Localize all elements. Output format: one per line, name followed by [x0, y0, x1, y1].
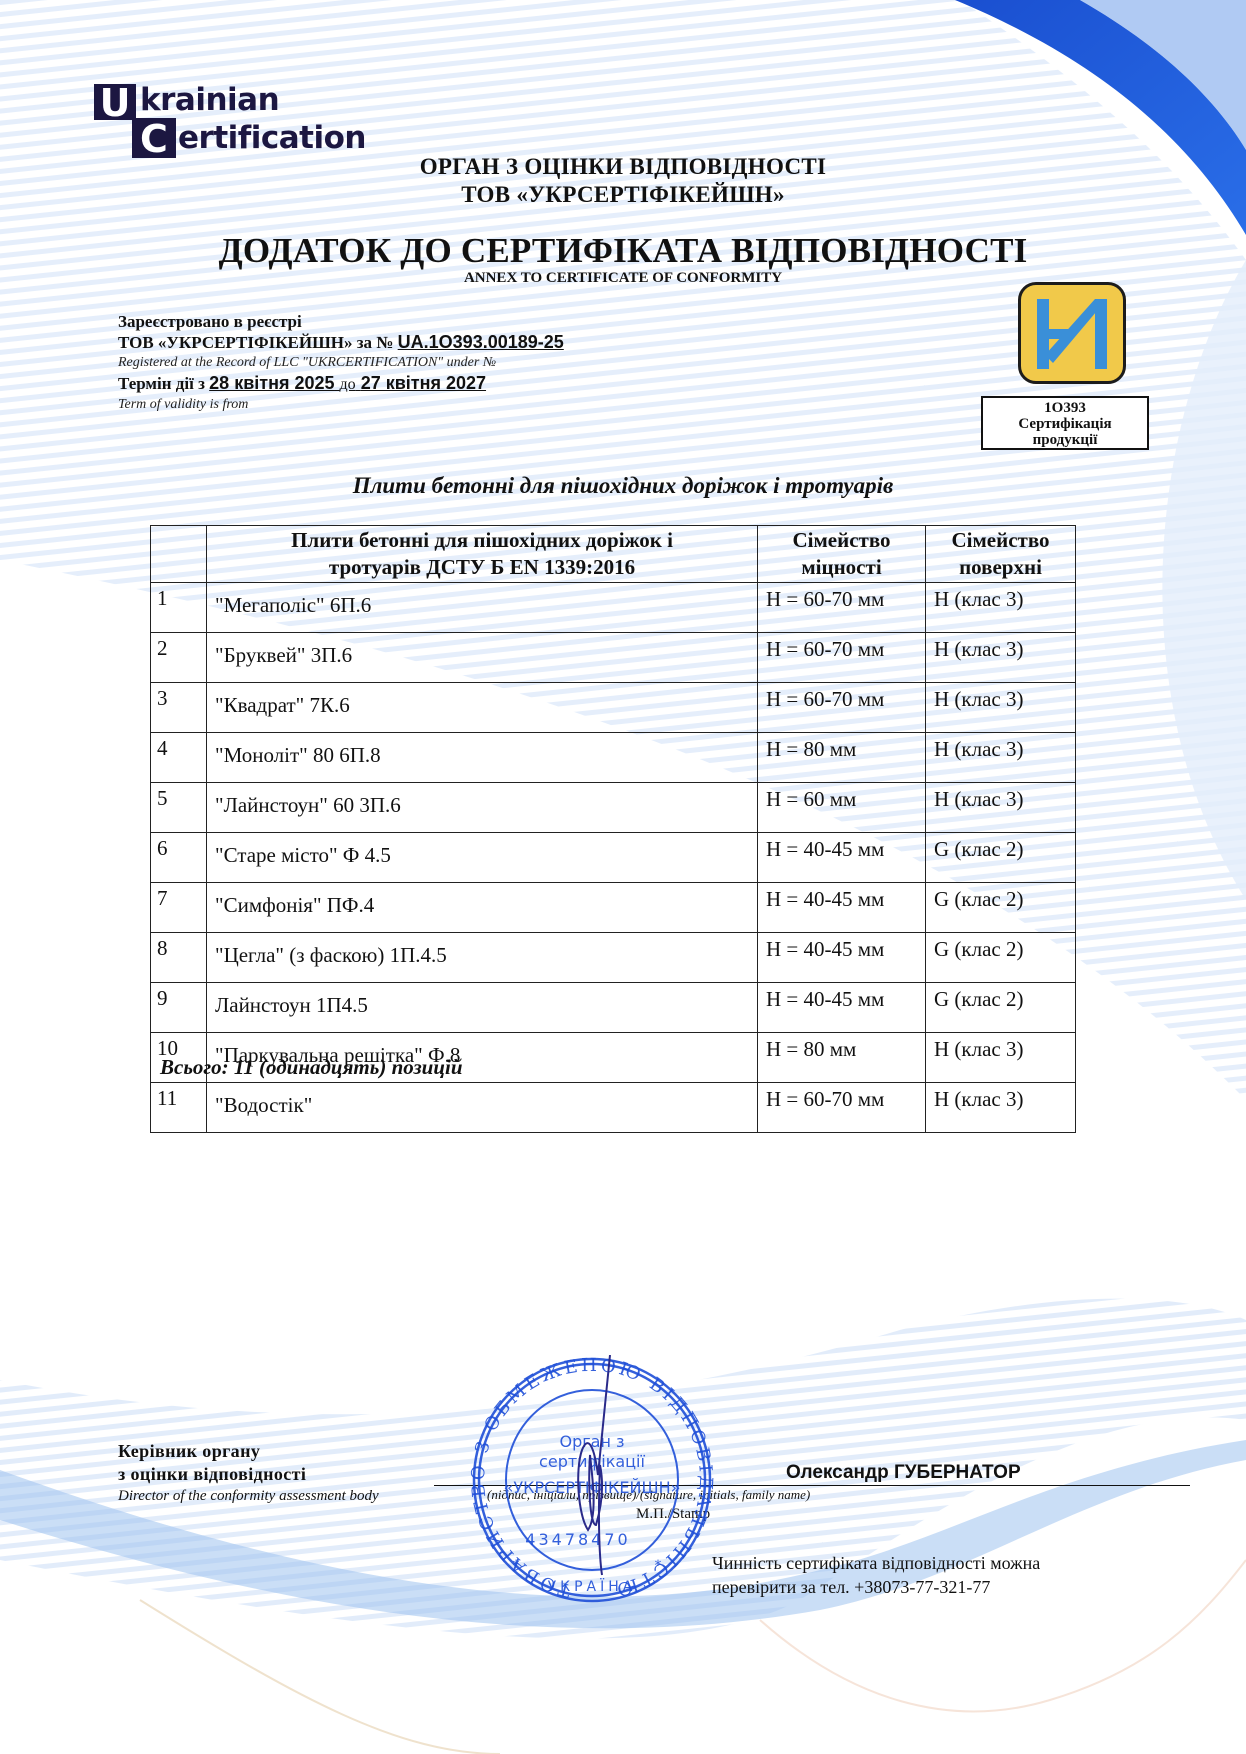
validity-line: Термін дії з 28 квітня 2025 до 27 квітня…: [118, 373, 818, 395]
table-row: 11"Водостік"H = 60-70 ммH (клас 3): [151, 1083, 1076, 1133]
cell-name: "Водостік": [207, 1083, 758, 1133]
header-strength-line-1: Сімейство: [792, 528, 890, 552]
cell-strength: H = 40-45 мм: [758, 983, 926, 1033]
mark-line-2: продукції: [983, 432, 1147, 448]
cell-num: 2: [151, 633, 207, 683]
official-stamp-icon: ТОВАРИСТВО З ОБМЕЖЕНОЮ ВІДПОВІДАЛЬНІСТЮ …: [470, 1355, 715, 1605]
document-title: ДОДАТОК ДО СЕРТИФІКАТА ВІДПОВІДНОСТІ: [0, 231, 1246, 271]
cell-surface: G (клас 2): [926, 883, 1076, 933]
cell-num: 8: [151, 933, 207, 983]
header-name: Плити бетонні для пішохідних доріжок ітр…: [207, 526, 758, 583]
total-positions: Всього: 11 (одинадцять) позицій: [160, 1055, 463, 1080]
cell-name: "Моноліт" 80 6П.8: [207, 733, 758, 783]
cell-strength: H = 60-70 мм: [758, 683, 926, 733]
cell-surface: H (клас 3): [926, 683, 1076, 733]
cell-num: 5: [151, 783, 207, 833]
cell-surface: G (клас 2): [926, 833, 1076, 883]
cell-strength: H = 40-45 мм: [758, 883, 926, 933]
header-surface: Сімействоповерхні: [926, 526, 1076, 583]
date-to: 27 квітня 2027: [361, 373, 486, 393]
cell-surface: H (клас 3): [926, 583, 1076, 633]
table-row: 3"Квадрат" 7К.6H = 60-70 ммH (клас 3): [151, 683, 1076, 733]
cell-strength: H = 40-45 мм: [758, 933, 926, 983]
cell-strength: H = 40-45 мм: [758, 833, 926, 883]
cell-name: "Старе місто" Ф 4.5: [207, 833, 758, 883]
cell-name: "Квадрат" 7К.6: [207, 683, 758, 733]
ukrainian-certification-logo: U krainian C ertification: [94, 84, 374, 160]
table-row: 1"Мегаполіс" 6П.6H = 60-70 ммH (клас 3): [151, 583, 1076, 633]
role-en: Director of the conformity assessment bo…: [118, 1486, 379, 1506]
cell-name: "Симфонія" ПФ.4: [207, 883, 758, 933]
certification-mark-icon: [1018, 282, 1126, 384]
cell-strength: H = 60-70 мм: [758, 1083, 926, 1133]
cell-num: 6: [151, 833, 207, 883]
verification-note: Чинність сертифіката відповідності можна…: [712, 1551, 1040, 1599]
validity-en-label: Term of validity is from: [118, 395, 818, 415]
cell-strength: H = 60-70 мм: [758, 633, 926, 683]
table-row: 9Лайнстоун 1П4.5H = 40-45 ммG (клас 2): [151, 983, 1076, 1033]
registered-en-label: Registered at the Record of LLC "UKRCERT…: [118, 353, 818, 373]
table-header-row: Плити бетонні для пішохідних доріжок ітр…: [151, 526, 1076, 583]
cell-surface: H (клас 3): [926, 1033, 1076, 1083]
cell-num: 3: [151, 683, 207, 733]
org-line-1: ОРГАН З ОЦІНКИ ВІДПОВІДНОСТІ: [0, 153, 1246, 181]
cell-surface: H (клас 3): [926, 1083, 1076, 1133]
header-strength-line-2: міцності: [801, 555, 881, 579]
registered-label: Зареєстровано в реєстрі: [118, 311, 818, 332]
cell-num: 7: [151, 883, 207, 933]
verify-line-1: Чинність сертифіката відповідності можна: [712, 1551, 1040, 1575]
table-row: 6"Старе місто" Ф 4.5H = 40-45 ммG (клас …: [151, 833, 1076, 883]
header-name-line-2: тротуарів ДСТУ Б EN 1339:2016: [329, 555, 635, 579]
cell-surface: G (клас 2): [926, 983, 1076, 1033]
organization-title: ОРГАН З ОЦІНКИ ВІДПОВІДНОСТІ ТОВ «УКРСЕР…: [0, 153, 1246, 209]
mark-line-1: Сертифікація: [983, 416, 1147, 432]
table-row: 4"Моноліт" 80 6П.8H = 80 ммH (клас 3): [151, 733, 1076, 783]
date-from: 28 квітня 2025: [209, 373, 334, 393]
cell-num: 4: [151, 733, 207, 783]
cell-surface: H (клас 3): [926, 733, 1076, 783]
role-line-1: Керівник органу: [118, 1440, 379, 1463]
role-line-2: з оцінки відповідності: [118, 1463, 379, 1486]
org-line-2: ТОВ «УКРСЕРТІФІКЕЙШН»: [0, 181, 1246, 209]
cell-name: "Лайнстоун" 60 3П.6: [207, 783, 758, 833]
logo-letter-c: C: [132, 118, 176, 158]
cell-surface: H (клас 3): [926, 783, 1076, 833]
svg-text:*: *: [655, 1558, 662, 1574]
date-separator: до: [340, 376, 356, 393]
header-surface-line-1: Сімейство: [951, 528, 1049, 552]
signatory-role: Керівник органу з оцінки відповідності D…: [118, 1440, 379, 1506]
cell-num: 11: [151, 1083, 207, 1133]
logo-word-ertification: ertification: [178, 120, 366, 156]
logo-word-krainian: krainian: [140, 82, 279, 118]
cell-name: "Мегаполіс" 6П.6: [207, 583, 758, 633]
product-heading: Плити бетонні для пішохідних доріжок і т…: [0, 473, 1246, 499]
cell-surface: H (клас 3): [926, 633, 1076, 683]
conformity-glyph-icon: [1031, 293, 1113, 375]
table-row: 2"Бруквей" 3П.6H = 60-70 ммH (клас 3): [151, 633, 1076, 683]
registry-prefix: ТОВ «УКРСЕРТІФІКЕЙШН» за №: [118, 333, 393, 352]
stamp-code: 43478470: [525, 1530, 630, 1549]
table-row: 7"Симфонія" ПФ.4H = 40-45 ммG (клас 2): [151, 883, 1076, 933]
svg-text:*: *: [513, 1558, 520, 1574]
logo-letter-u: U: [94, 84, 136, 120]
registration-number: UA.1O393.00189-25: [398, 332, 564, 352]
cell-name: "Бруквей" 3П.6: [207, 633, 758, 683]
header-name-line-1: Плити бетонні для пішохідних доріжок і: [291, 528, 673, 552]
mark-code: 1O393: [983, 400, 1147, 416]
header-surface-line-2: поверхні: [959, 555, 1042, 579]
products-table: Плити бетонні для пішохідних доріжок ітр…: [150, 525, 1076, 1133]
cell-name: "Цегла" (з фаскою) 1П.4.5: [207, 933, 758, 983]
verify-line-2: перевірити за тел. +38073-77-321-77: [712, 1575, 1040, 1599]
cell-strength: H = 60-70 мм: [758, 583, 926, 633]
stamp-country: УКРАЇНА: [548, 1577, 637, 1595]
signatory-name: Олександр ГУБЕРНАТОР: [786, 1462, 1021, 1484]
cell-num: 9: [151, 983, 207, 1033]
cell-strength: H = 80 мм: [758, 733, 926, 783]
table-row: 8"Цегла" (з фаскою) 1П.4.5H = 40-45 ммG …: [151, 933, 1076, 983]
header-strength: Сімействоміцності: [758, 526, 926, 583]
table-row: 5"Лайнстоун" 60 3П.6H = 60 ммH (клас 3): [151, 783, 1076, 833]
cell-num: 1: [151, 583, 207, 633]
cell-strength: H = 60 мм: [758, 783, 926, 833]
validity-dates: 28 квітня 2025 до 27 квітня 2027: [209, 373, 486, 393]
cell-surface: G (клас 2): [926, 933, 1076, 983]
validity-prefix: Термін дії з: [118, 374, 205, 393]
certification-mark-label: 1O393 Сертифікація продукції: [981, 396, 1149, 450]
registry-line: ТОВ «УКРСЕРТІФІКЕЙШН» за № UA.1O393.0018…: [118, 332, 818, 353]
cell-strength: H = 80 мм: [758, 1033, 926, 1083]
cell-name: Лайнстоун 1П4.5: [207, 983, 758, 1033]
header-num: [151, 526, 207, 583]
registration-block: Зареєстровано в реєстрі ТОВ «УКРСЕРТІФІК…: [118, 311, 818, 415]
